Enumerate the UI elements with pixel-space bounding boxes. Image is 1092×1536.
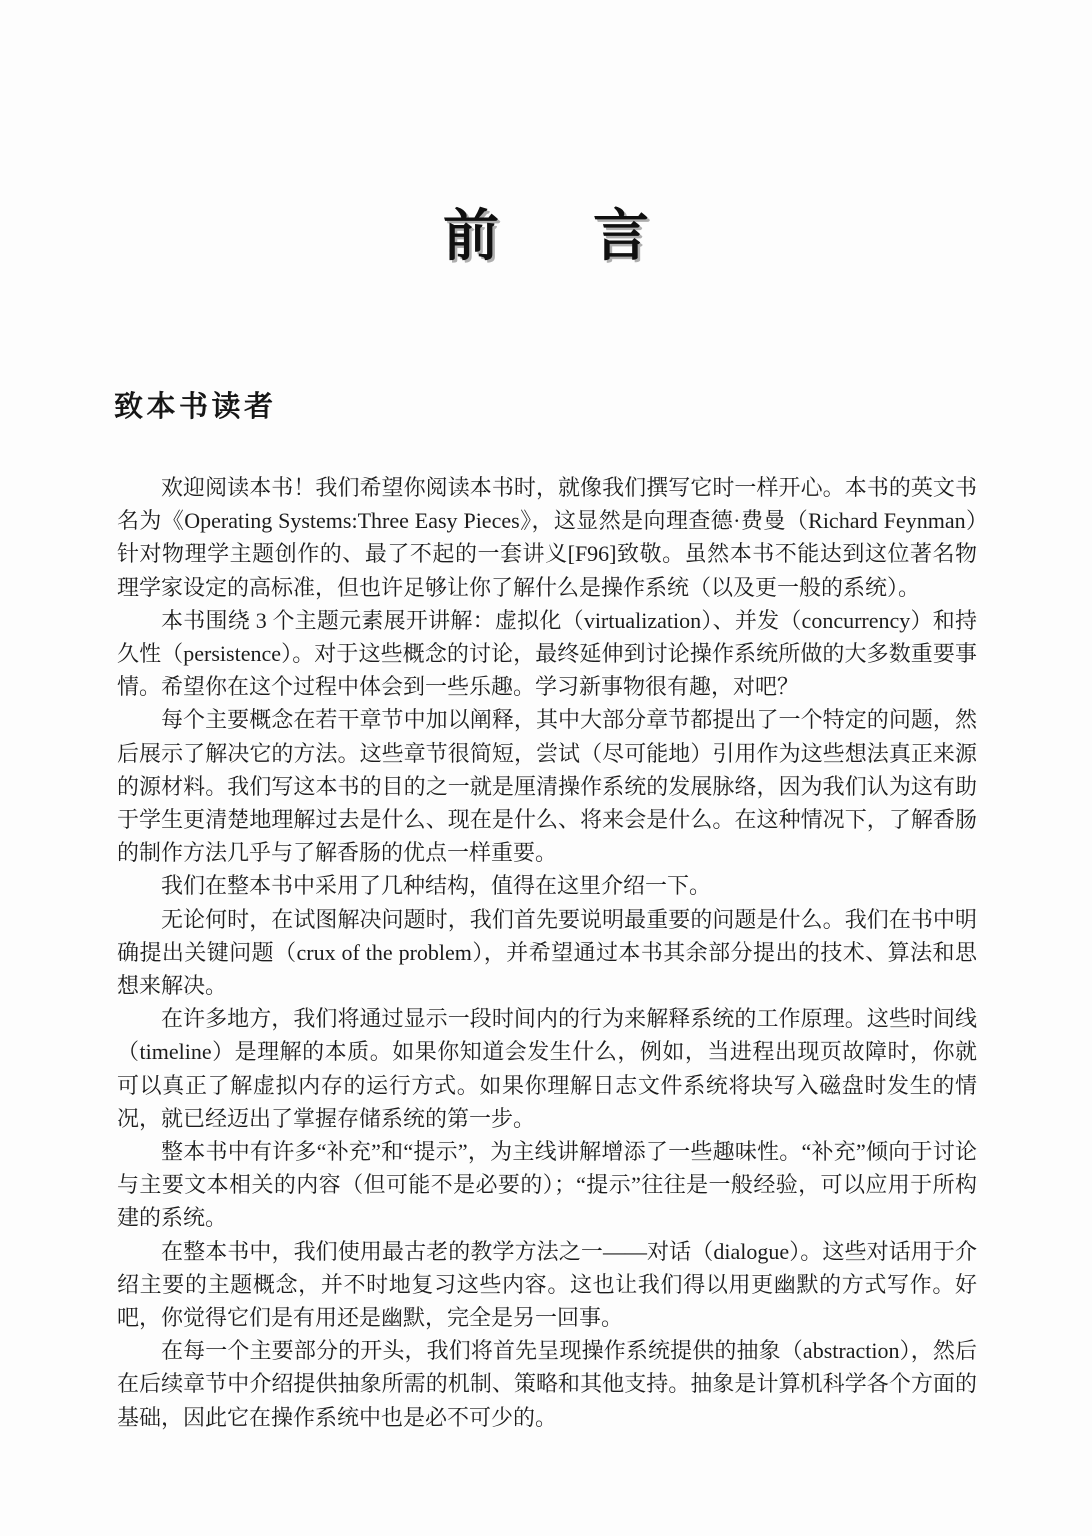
paragraph-chapter-structure: 每个主要概念在若干章节中加以阐释，其中大部分章节都提出了一个特定的问题，然后展示… — [117, 703, 977, 869]
page-title: 前 言 — [0, 206, 1092, 268]
paragraph-crux: 无论何时，在试图解决问题时，我们首先要说明最重要的问题是什么。我们在书中明确提出… — [117, 903, 977, 1003]
paragraph-abstraction: 在每一个主要部分的开头，我们将首先呈现操作系统提供的抽象（abstraction… — [117, 1334, 977, 1434]
book-page: 前 言 致本书读者 欢迎阅读本书！我们希望你阅读本书时，就像我们撰写它时一样开心… — [0, 0, 1092, 1536]
paragraph-asides-tips: 整本书中有许多“补充”和“提示”，为主线讲解增添了一些趣味性。“补充”倾向于讨论… — [117, 1135, 977, 1235]
page-title-char-left: 前 — [443, 206, 499, 268]
paragraph-structures-intro: 我们在整本书中采用了几种结构，值得在这里介绍一下。 — [117, 869, 977, 902]
paragraph-timeline: 在许多地方，我们将通过显示一段时间内的行为来解释系统的工作原理。这些时间线（ti… — [117, 1002, 977, 1135]
paragraph-three-themes: 本书围绕 3 个主题元素展开讲解：虚拟化（virtualization）、并发（… — [117, 604, 977, 704]
section-heading: 致本书读者 — [114, 384, 277, 425]
preface-body: 欢迎阅读本书！我们希望你阅读本书时，就像我们撰写它时一样开心。本书的英文书名为《… — [117, 471, 977, 1434]
paragraph-dialogue: 在整本书中，我们使用最古老的教学方法之一——对话（dialogue）。这些对话用… — [117, 1235, 977, 1335]
page-title-char-right: 言 — [593, 206, 649, 268]
paragraph-welcome: 欢迎阅读本书！我们希望你阅读本书时，就像我们撰写它时一样开心。本书的英文书名为《… — [117, 471, 977, 604]
